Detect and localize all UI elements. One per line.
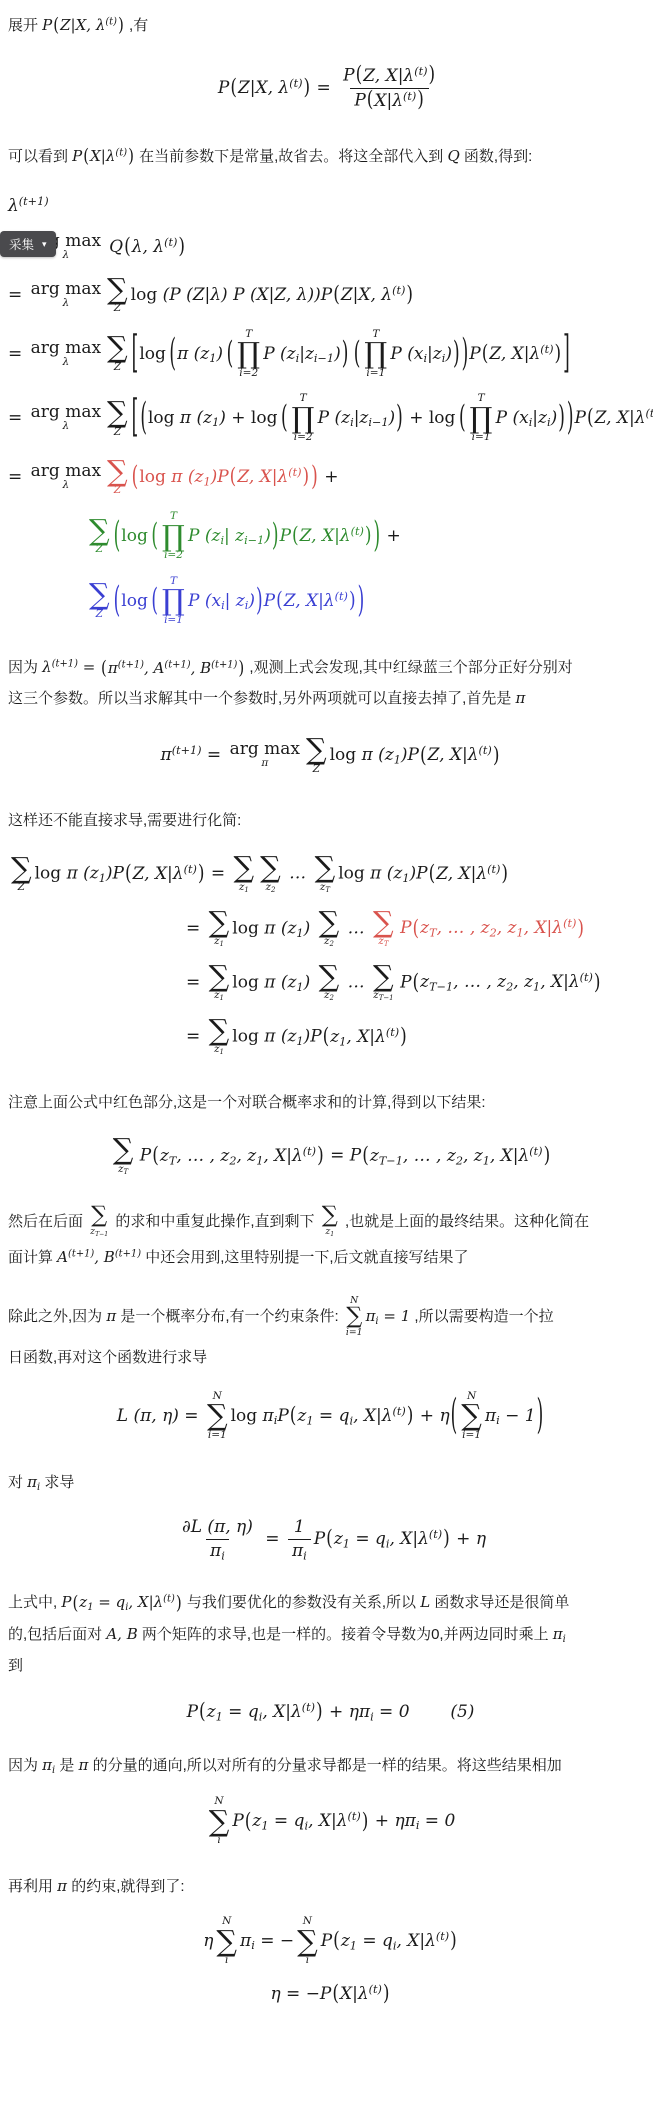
paragraph-derive-pi: 对 πi 求导 (8, 1471, 653, 1495)
equation-derivative: ∂L (π, η)πi = 1πiP(z1 = qi, X|λ(t)) + η (8, 1516, 653, 1563)
line: 因为 λ(t+1) = (π(t+1), A(t+1), B(t+1)) ,观测… (8, 656, 653, 680)
line: = ∑z1log π (z1) ∑z2 … ∑zTP(zT, … , z2, z… (8, 909, 653, 949)
line: = arg maxλ∑Z[log(π (z1)(T∏i=2P (zi|zi−1)… (8, 329, 653, 380)
line: = arg maxλ∑Zlog (P (Z|λ) P (X|Z, λ))P(Z|… (8, 276, 653, 315)
line: ∑Zlog π (z1)P(Z, X|λ(t)) = ∑z1∑z2 … ∑zTl… (8, 854, 653, 894)
line: P(z1 = qi, X|λ(t)) + ηπi = 0(5) (8, 1699, 653, 1726)
line: 除此之外,因为 π 是一个概率分布,有一个约束条件: N∑i=1πi = 1 ,… (8, 1295, 653, 1339)
paragraph-three-params: 因为 λ(t+1) = (π(t+1), A(t+1), B(t+1)) ,观测… (8, 656, 653, 710)
paragraph-expand: 展开 P(Z|X, λ(t)) ,有 (8, 14, 653, 38)
line: 对 πi 求导 (8, 1471, 653, 1495)
equation-lagrangian: L (π, η) = N∑i=1log πiP(z1 = qi, X|λ(t))… (8, 1391, 653, 1442)
line: ∑Z(log(T∏i=2P (zi| zi−1))P(Z, X|λ(t))) + (8, 511, 653, 562)
paragraph-simplify: 这样还不能直接求导,需要进行化简: (8, 809, 653, 832)
equation-lambda-derivation: λ(t+1)= arg maxλQ(λ, λ(t))= arg maxλ∑Zlo… (8, 193, 653, 627)
line: 展开 P(Z|X, λ(t)) ,有 (8, 14, 653, 38)
line: = arg maxλ∑Z[(log π (z1) + log(T∏i=2P (z… (8, 393, 653, 444)
line: 这三个参数。所以当求解其中一个参数时,另外两项就可以直接去掉了,首先是 π (8, 687, 653, 710)
equation-sum-derivation: ∑Zlog π (z1)P(Z, X|λ(t)) = ∑z1∑z2 … ∑zTl… (8, 854, 653, 1057)
paragraph-components: 因为 πi 是 π 的分量的通向,所以对所有的分量求导都是一样的结果。将这些结果… (8, 1754, 653, 1778)
line: 到 (8, 1654, 653, 1677)
line: 再利用 π 的约束,就得到了: (8, 1875, 653, 1898)
line: 上式中, P(z1 = qi, X|λ(t)) 与我们要优化的参数没有关系,所以… (8, 1591, 653, 1615)
line: 注意上面公式中红色部分,这是一个对联合概率求和的计算,得到以下结果: (8, 1091, 653, 1114)
equation-sum-all: N∑iP(z1 = qi, X|λ(t)) + ηπi = 0 (8, 1796, 653, 1847)
line: P(Z|X, λ(t)) = P(Z, X|λ(t))P(X|λ(t)) (8, 64, 653, 113)
article-body: 展开 P(Z|X, λ(t)) ,有P(Z|X, λ(t)) = P(Z, X|… (0, 0, 653, 2008)
chevron-down-icon: ▾ (42, 240, 47, 249)
line: 的,包括后面对 A, B 两个矩阵的求导,也是一样的。接着令导数为0,并两边同时… (8, 1623, 653, 1647)
line: L (π, η) = N∑i=1log πiP(z1 = qi, X|λ(t))… (8, 1391, 653, 1442)
line: 因为 πi 是 π 的分量的通向,所以对所有的分量求导都是一样的结果。将这些结果… (8, 1754, 653, 1778)
line: ηN∑iπi = −N∑iP(z1 = qi, X|λ(t)) (8, 1916, 653, 1967)
line: 日函数,再对这个函数进行求导 (8, 1346, 653, 1369)
line: = arg maxλQ(λ, λ(t)) (8, 233, 653, 262)
collect-button-label: 采集 (9, 235, 34, 253)
line: ∑Z(log(T∏i=1P (xi| zi))P(Z, X|λ(t))) (8, 576, 653, 627)
line: λ(t+1) (8, 193, 653, 220)
line: ∂L (π, η)πi = 1πiP(z1 = qi, X|λ(t)) + η (8, 1516, 653, 1563)
paragraph-constant: 可以看到 P(X|λ(t)) 在当前参数下是常量,故省去。将这全部代入到 Q 函… (8, 145, 653, 169)
paragraph-repeat: 然后在后面 ∑zT−1 的求和中重复此操作,直到剩下 ∑z1 ,也就是上面的最终… (8, 1205, 653, 1269)
line: = ∑z1log π (z1) ∑z2 … ∑zT−1P(zT−1, … , z… (8, 963, 653, 1003)
equation-5: P(z1 = qi, X|λ(t)) + ηπi = 0(5) (8, 1699, 653, 1726)
line: η = −P(X|λ(t)) (8, 1981, 653, 2008)
equation-marginalize: ∑zTP(zT, … , z2, z1, X|λ(t)) = P(zT−1, …… (8, 1136, 653, 1176)
paragraph-constraint: 除此之外,因为 π 是一个概率分布,有一个约束条件: N∑i=1πi = 1 ,… (8, 1295, 653, 1369)
equation-eta-result: ηN∑iπi = −N∑iP(z1 = qi, X|λ(t))η = −P(X|… (8, 1916, 653, 2007)
equation-bayes: P(Z|X, λ(t)) = P(Z, X|λ(t))P(X|λ(t)) (8, 64, 653, 113)
line: N∑iP(z1 = qi, X|λ(t)) + ηπi = 0 (8, 1796, 653, 1847)
line: 面计算 A(t+1), B(t+1) 中还会用到,这里特别提一下,后文就直接写结… (8, 1246, 653, 1269)
line: 然后在后面 ∑zT−1 的求和中重复此操作,直到剩下 ∑z1 ,也就是上面的最终… (8, 1205, 653, 1239)
line: 这样还不能直接求导,需要进行化简: (8, 809, 653, 832)
line: = arg maxλ∑Z(log π (z1)P(Z, X|λ(t))) + (8, 458, 653, 497)
collect-button[interactable]: 采集 ▾ (0, 231, 56, 257)
paragraph-use-constraint: 再利用 π 的约束,就得到了: (8, 1875, 653, 1898)
line: 可以看到 P(X|λ(t)) 在当前参数下是常量,故省去。将这全部代入到 Q 函… (8, 145, 653, 169)
line: = ∑z1log π (z1)P(z1, X|λ(t)) (8, 1017, 653, 1057)
equation-pi-argmax: π(t+1) = arg maxπ∑Zlog π (z1)P(Z, X|λ(t)… (8, 736, 653, 775)
line: π(t+1) = arg maxπ∑Zlog π (z1)P(Z, X|λ(t)… (8, 736, 653, 775)
paragraph-red-note: 注意上面公式中红色部分,这是一个对联合概率求和的计算,得到以下结果: (8, 1091, 653, 1114)
paragraph-set-zero: 上式中, P(z1 = qi, X|λ(t)) 与我们要优化的参数没有关系,所以… (8, 1591, 653, 1677)
line: ∑zTP(zT, … , z2, z1, X|λ(t)) = P(zT−1, …… (8, 1136, 653, 1176)
